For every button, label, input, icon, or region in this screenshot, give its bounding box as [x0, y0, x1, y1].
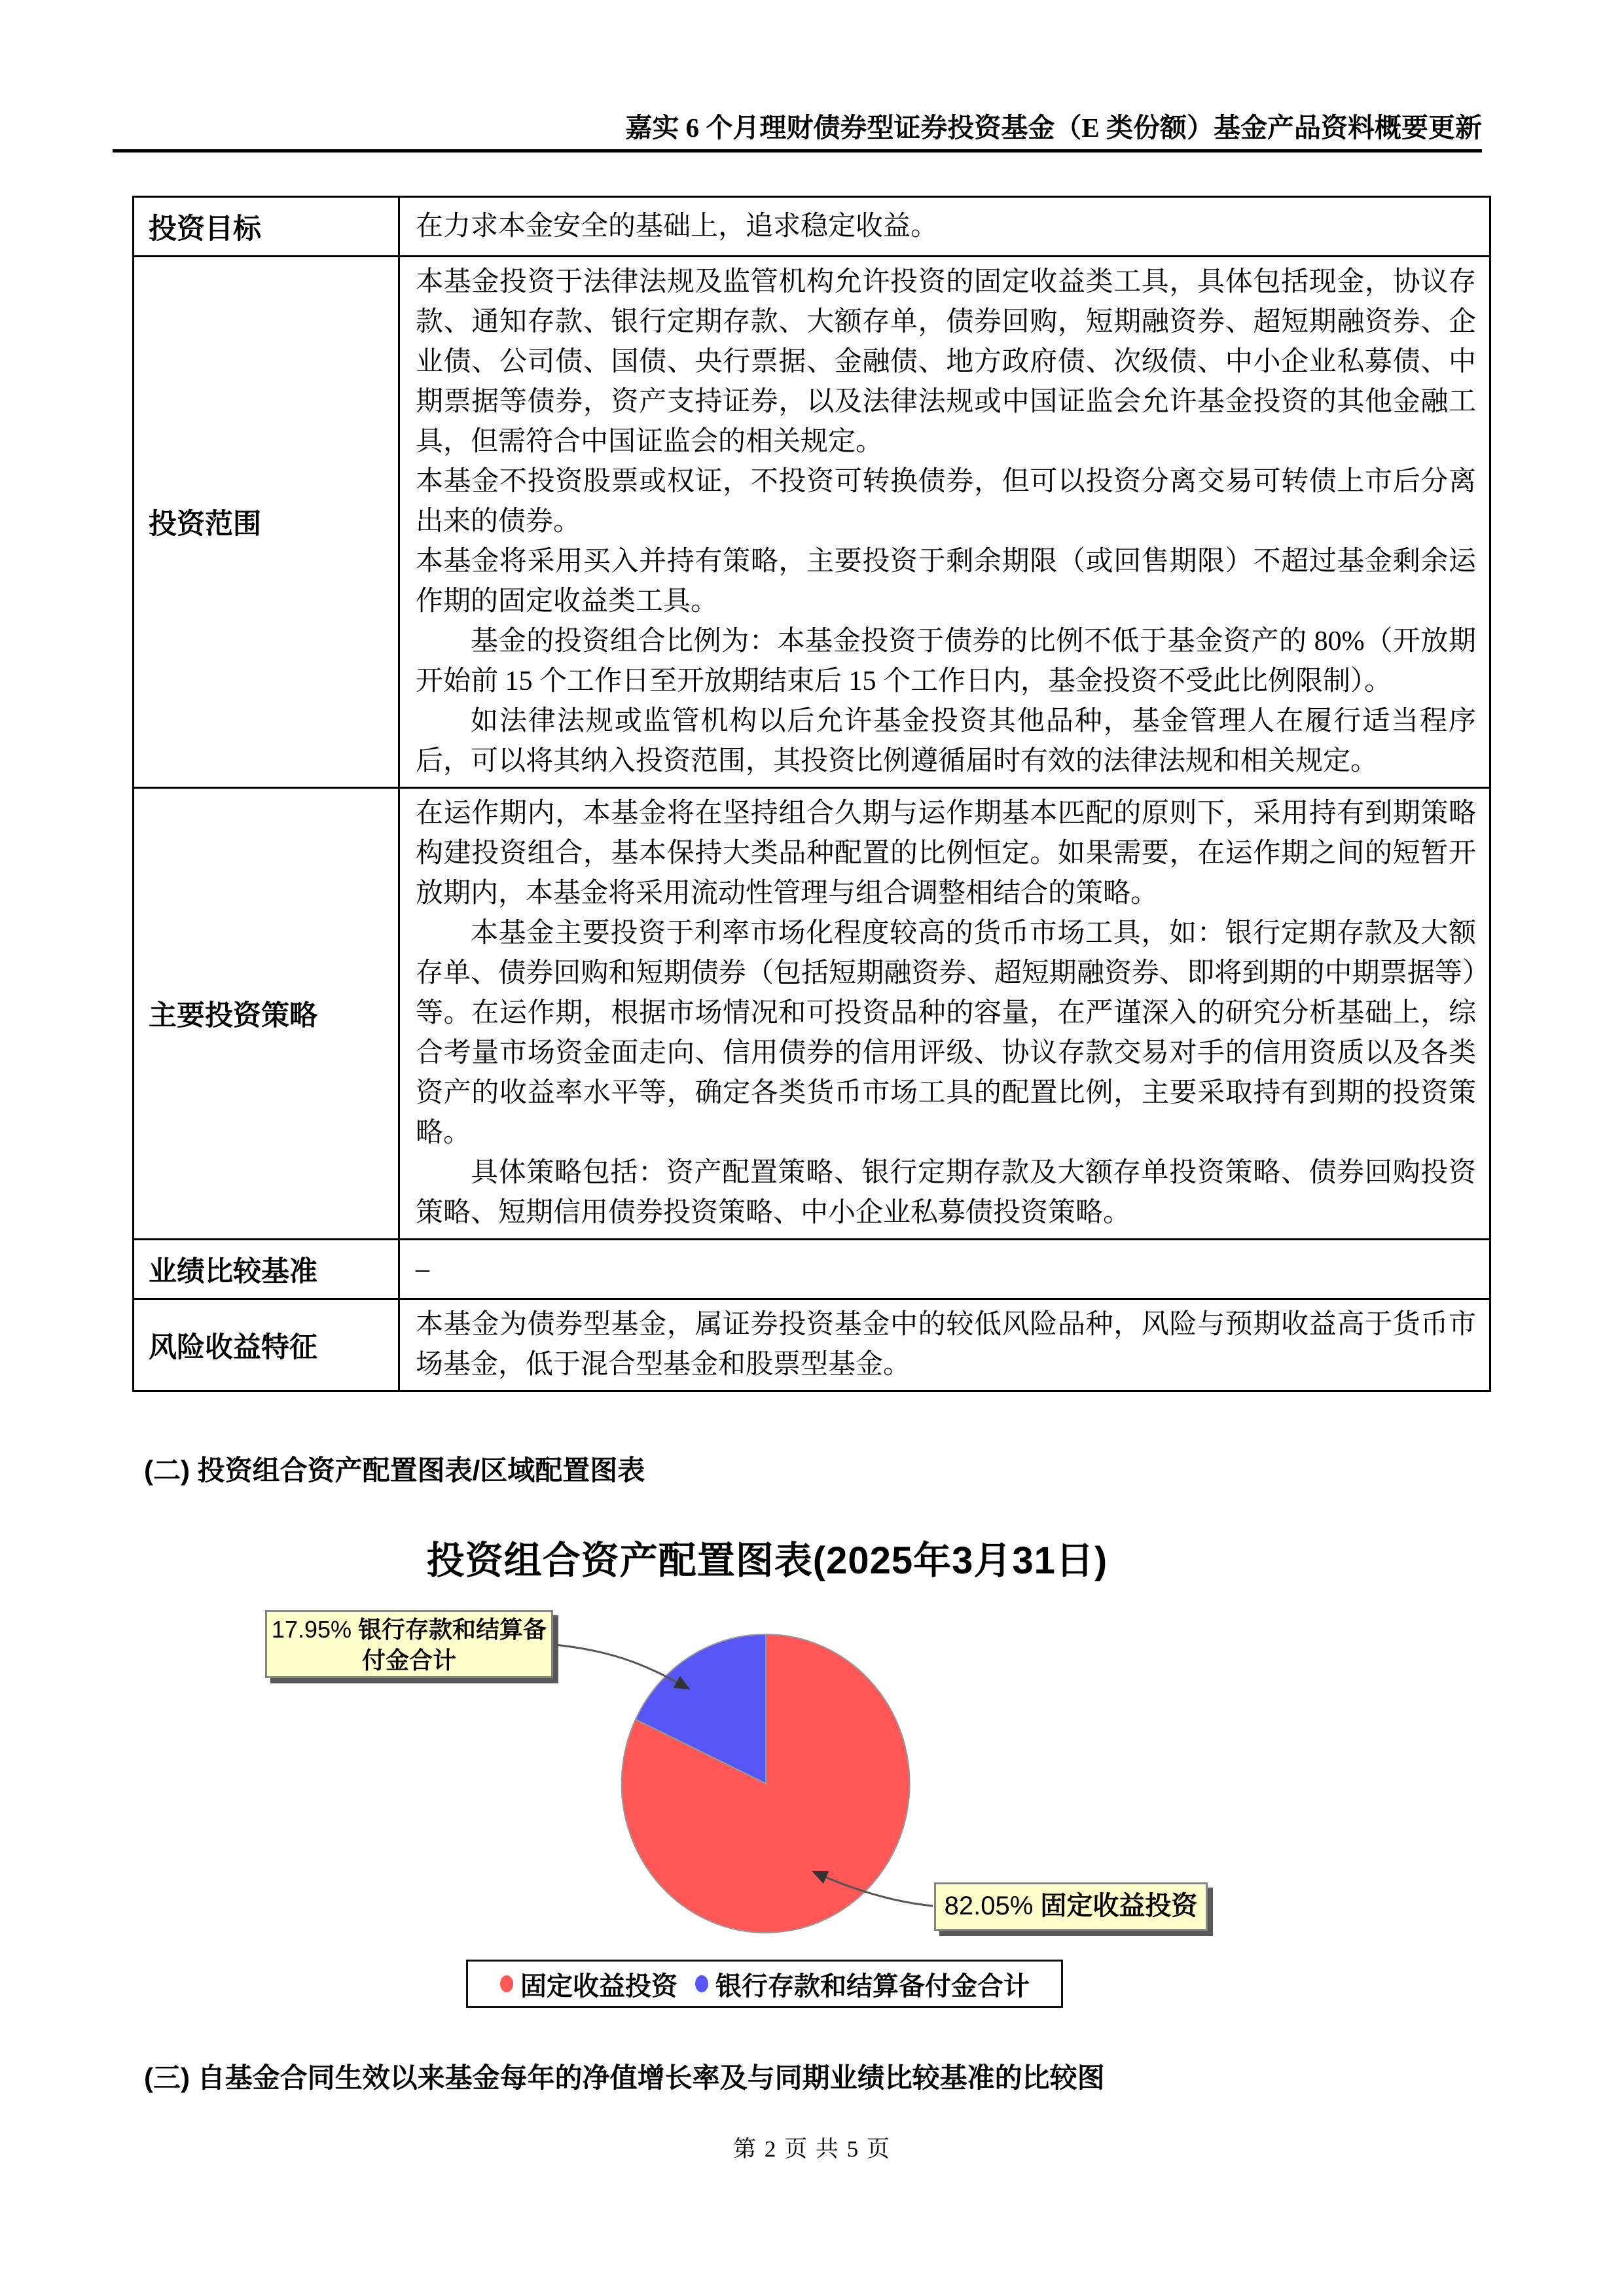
table-row: 投资范围 本基金投资于法律法规及监管机构允许投资的固定收益类工具，具体包括现金，… [134, 257, 1490, 788]
pie-label-text: 固定收益投资 [1040, 1892, 1197, 1920]
row-label: 风险收益特征 [134, 1299, 399, 1391]
row-value: – [399, 1240, 1490, 1299]
legend-marker-blue-icon [695, 1974, 709, 1994]
pie-chart-legend: 固定收益投资 银行存款和结算备付金合计 [466, 1960, 1063, 2008]
legend-label: 固定收益投资 [520, 1965, 677, 2003]
row-value: 本基金投资于法律法规及监管机构允许投资的固定收益类工具，具体包括现金，协议存款、… [399, 257, 1490, 788]
section-heading-annual-return-comparison: (三) 自基金合同生效以来基金每年的净值增长率及与同期业绩比较基准的比较图 [144, 2062, 1545, 2094]
fund-info-table: 投资目标 在力求本金安全的基础上，追求稳定收益。 投资范围 本基金投资于法律法规… [132, 196, 1491, 1392]
table-row: 投资目标 在力求本金安全的基础上，追求稳定收益。 [134, 197, 1490, 257]
paragraph: 本基金主要投资于利率市场化程度较高的货币市场工具，如：银行定期存款及大额存单、债… [416, 914, 1476, 1153]
row-value: 本基金为债券型基金，属证券投资基金中的较低风险品种，风险与预期收益高于货币市场基… [399, 1299, 1490, 1391]
paragraph: 基金的投资组合比例为：本基金投资于债券的比例不低于基金资产的 80%（开放期开始… [416, 622, 1476, 702]
legend-label: 银行存款和结算备付金合计 [715, 1965, 1030, 2003]
row-label: 投资目标 [134, 197, 399, 257]
table-row: 主要投资策略 在运作期内，本基金将在坚持组合久期与运作期基本匹配的原则下，采用持… [134, 788, 1490, 1240]
table-row: 风险收益特征 本基金为债券型基金，属证券投资基金中的较低风险品种，风险与预期收益… [134, 1299, 1490, 1391]
pie-label-percent: 17.95% [272, 1616, 352, 1643]
table-row: 业绩比较基准 – [134, 1240, 1490, 1299]
paragraph: 本基金将采用买入并持有策略，主要投资于剩余期限（或回售期限）不超过基金剩余运作期… [416, 542, 1476, 622]
document-page: 嘉实 6 个月理财债券型证券投资基金（E 类份额）基金产品资料概要更新 投资目标… [0, 0, 1624, 2296]
paragraph: – [416, 1249, 1476, 1289]
paragraph: 本基金为债券型基金，属证券投资基金中的较低风险品种，风险与预期收益高于货币市场基… [416, 1305, 1476, 1385]
pie-label-text: 银行存款和结算备付金合计 [358, 1616, 547, 1674]
row-label: 投资范围 [134, 257, 399, 788]
paragraph: 本基金投资于法律法规及监管机构允许投资的固定收益类工具，具体包括现金，协议存款、… [416, 262, 1476, 462]
paragraph: 在力求本金安全的基础上，追求稳定收益。 [416, 207, 1476, 247]
legend-item-bank-deposit: 银行存款和结算备付金合计 [695, 1965, 1030, 2003]
section-heading-asset-allocation: (二) 投资组合资产配置图表/区域配置图表 [144, 1454, 1492, 1487]
legend-marker-red-icon [499, 1974, 514, 1994]
pie-label-percent: 82.05% [945, 1892, 1034, 1920]
row-label: 业绩比较基准 [134, 1240, 399, 1299]
paragraph: 本基金不投资股票或权证，不投资可转换债券，但可以投资分离交易可转债上市后分离出来… [416, 462, 1476, 542]
legend-item-fixed-income: 固定收益投资 [499, 1965, 677, 2003]
paragraph: 具体策略包括：资产配置策略、银行定期存款及大额存单投资策略、债券回购投资策略、短… [416, 1153, 1476, 1233]
row-value: 在运作期内，本基金将在坚持组合久期与运作期基本匹配的原则下，采用持有到期策略构建… [399, 788, 1490, 1240]
paragraph: 在运作期内，本基金将在坚持组合久期与运作期基本匹配的原则下，采用持有到期策略构建… [416, 794, 1476, 914]
pie-label-fixed-income: 82.05% 固定收益投资 [934, 1882, 1208, 1931]
paragraph: 如法律法规或监管机构以后允许基金投资其他品种，基金管理人在履行适当程序后，可以将… [416, 702, 1476, 781]
header-divider [113, 149, 1482, 152]
row-label: 主要投资策略 [134, 788, 399, 1240]
page-number: 第 2 页 共 5 页 [0, 2131, 1624, 2164]
row-value: 在力求本金安全的基础上，追求稳定收益。 [399, 197, 1490, 257]
pie-chart-title: 投资组合资产配置图表(2025年3月31日) [301, 1539, 1233, 1583]
pie-label-bank-deposit: 17.95% 银行存款和结算备付金合计 [265, 1610, 553, 1678]
document-header-title: 嘉实 6 个月理财债券型证券投资基金（E 类份额）基金产品资料概要更新 [113, 113, 1482, 143]
